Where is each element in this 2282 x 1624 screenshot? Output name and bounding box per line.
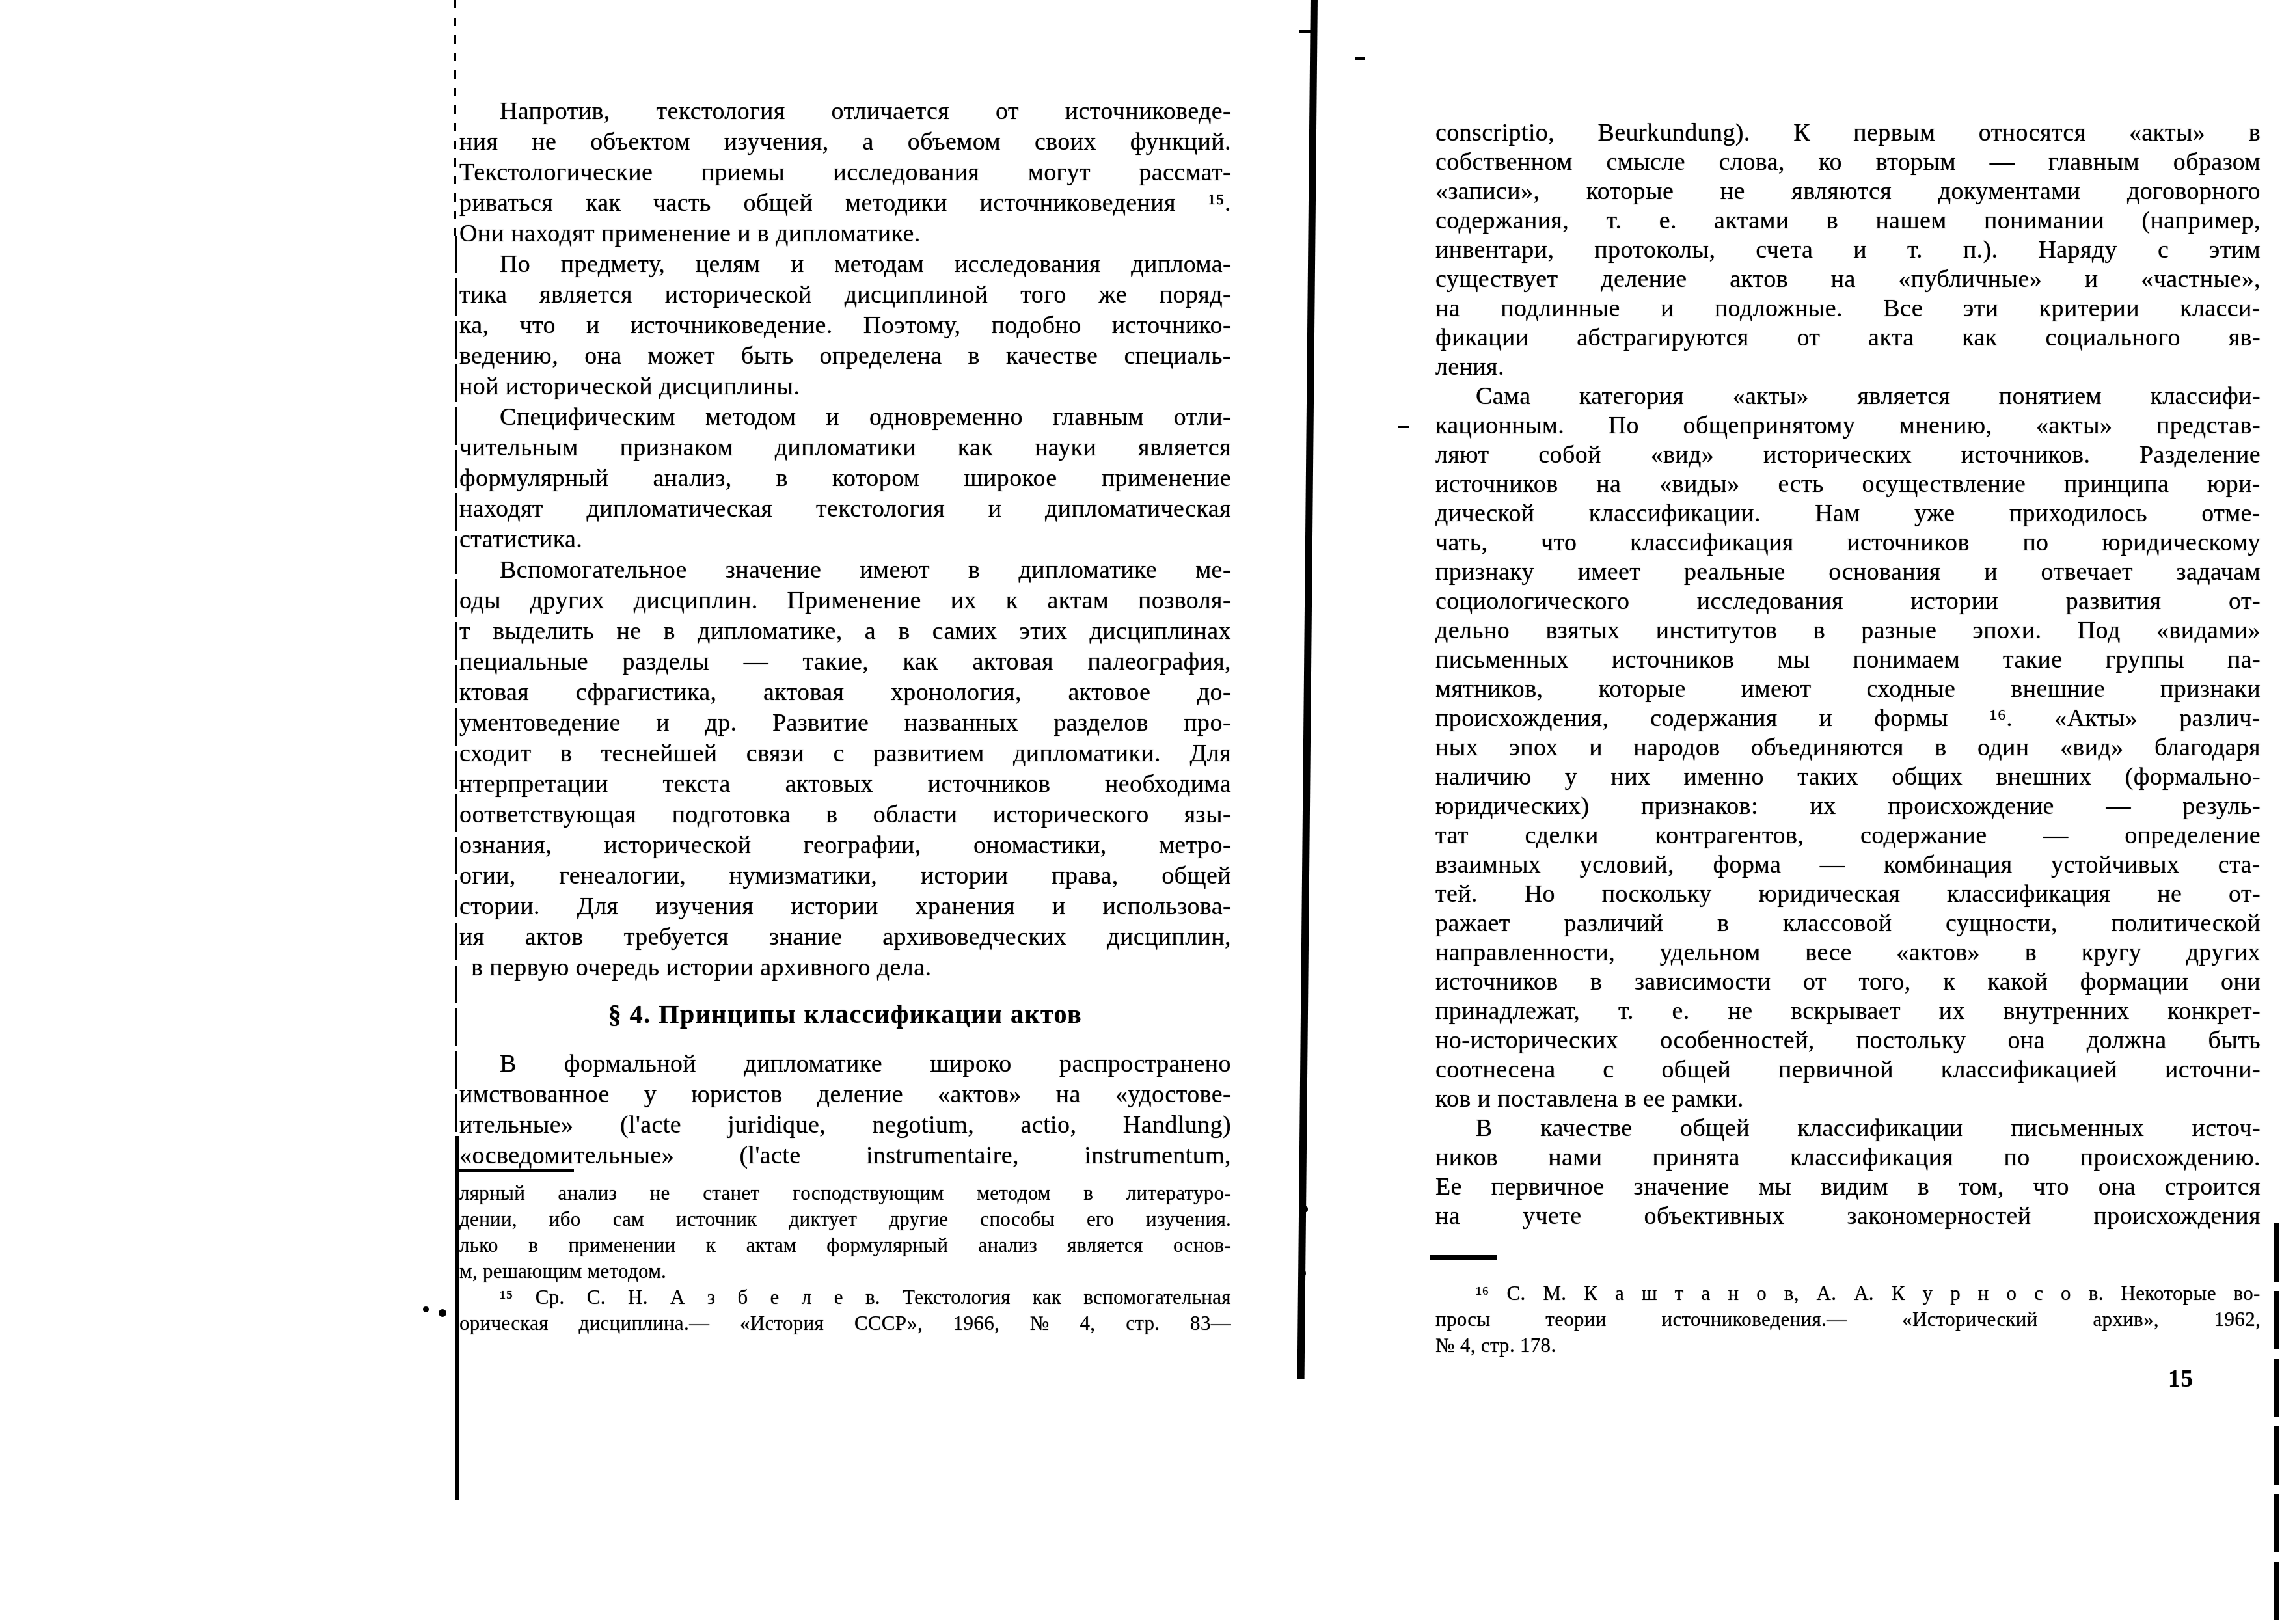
- word: взаимных: [1435, 850, 1541, 880]
- word: происхождения,: [1435, 704, 1609, 733]
- word: ибо: [549, 1206, 581, 1232]
- word: общих: [1892, 763, 1963, 792]
- word: конкрет-: [2167, 997, 2261, 1026]
- word: и: [1853, 236, 1867, 265]
- word: 1966,: [953, 1310, 999, 1336]
- text-line: сходитвтеснейшейсвязисразвитиемдипломати…: [459, 738, 1231, 769]
- word: ка,: [459, 310, 489, 341]
- word: истории: [1910, 587, 1998, 616]
- text-line: «записи»,которыенеявляютсядокументамидог…: [1435, 177, 2261, 206]
- word: генеалогии,: [559, 861, 686, 891]
- word: источников: [1847, 528, 1970, 558]
- word: «виды»: [1659, 470, 1740, 499]
- left-page-edge-line-bottom: [455, 1136, 459, 1500]
- word: изучения: [655, 891, 754, 922]
- word: а: [865, 616, 876, 647]
- word: а: [1615, 1280, 1624, 1306]
- text-line: источниковвзависимостиоттого,ккакойформа…: [1435, 968, 2261, 997]
- word: исследования: [833, 157, 979, 188]
- left-page-paragraph: Вформальнойдипломатикеширокораспростране…: [459, 1049, 1231, 1171]
- word: общей: [1680, 1114, 1750, 1143]
- text-line: инвентари,протоколы,счетаит.п.).Нарядусэ…: [1435, 236, 2261, 265]
- text-line: дическойклассификации.Намужеприходилосьо…: [1435, 499, 2261, 528]
- text-line: Вспомогательноезначениеимеютвдипломатике…: [459, 555, 1231, 586]
- word: исторической: [665, 280, 812, 310]
- word: кационным.: [1435, 411, 1564, 440]
- text-line: Еепервичноезначениемывидимвтом,чтоонастр…: [1435, 1172, 2261, 1202]
- word: п.).: [1963, 236, 1998, 265]
- word: источниковедение.: [631, 310, 833, 341]
- word: Н.: [628, 1284, 648, 1310]
- word: СССР»,: [854, 1310, 923, 1336]
- word: общепринятому: [1683, 411, 1856, 440]
- text-line: наподлинныеиподложные.Всеэтикритерииклас…: [1435, 294, 2261, 323]
- text-line: в первую очередь истории архивного дела.: [459, 953, 1231, 983]
- right-page-body-text: conscriptio,Beurkundung).Кпервымотносятс…: [1435, 118, 2261, 1231]
- word: она: [2099, 1172, 2136, 1202]
- word: ия: [459, 922, 485, 953]
- word: (l'acte: [620, 1110, 681, 1141]
- word: часть: [653, 188, 711, 219]
- word: истории: [921, 861, 1009, 891]
- word: дипломатике: [744, 1049, 882, 1079]
- word: эпох: [1509, 733, 1558, 763]
- word: объективных: [1644, 1202, 1785, 1231]
- word: Handlung): [1123, 1110, 1231, 1141]
- word: —: [2043, 821, 2068, 850]
- left-page-edge-line: [455, 236, 457, 1136]
- word: позволя-: [1138, 586, 1231, 616]
- word: разные: [1861, 616, 1936, 645]
- ink-speck: [1301, 1270, 1306, 1277]
- word: юридическая: [1758, 880, 1900, 909]
- text-line: ков и поставлена в ее рамки.: [1435, 1085, 2261, 1114]
- word: пециальные: [459, 647, 588, 677]
- word: классификация: [1790, 1143, 1953, 1172]
- word: общей: [744, 188, 813, 219]
- word: мнению,: [1899, 411, 1992, 440]
- text-line: лярныйанализнестанетгосподствующимметодо…: [459, 1180, 1231, 1206]
- word: этих: [1020, 616, 1068, 647]
- word: не: [532, 127, 556, 157]
- right-footnote-rule: [1430, 1255, 1497, 1260]
- word: ко: [1819, 148, 1842, 177]
- word: разделы: [623, 647, 710, 677]
- ink-speck: [439, 1309, 446, 1317]
- word: находят: [459, 494, 543, 524]
- word: целям: [696, 249, 761, 280]
- word: том,: [1959, 1172, 2004, 1202]
- word: категория: [1579, 382, 1684, 411]
- text-line: дельновзятыхинститутоввразныеэпохи.Под«в…: [1435, 616, 2261, 645]
- text-line: фикацииабстрагируютсяотактакаксоциальног…: [1435, 323, 2261, 353]
- word: ономастики,: [973, 830, 1107, 861]
- word: дельно: [1435, 616, 1510, 645]
- word: основ-: [1173, 1232, 1231, 1258]
- word: ументоведение: [459, 708, 621, 738]
- word: Текстология: [903, 1284, 1011, 1310]
- word: Ср.: [536, 1284, 565, 1310]
- word: в: [1083, 1180, 1093, 1206]
- word: в: [1813, 616, 1825, 645]
- word: формы: [1874, 704, 1948, 733]
- word: применение: [1102, 463, 1231, 494]
- text-line: риватьсякакчастьобщейметодикиисточникове…: [459, 188, 1231, 219]
- word: письменных: [2011, 1114, 2144, 1143]
- word: соотнесена: [1435, 1055, 1556, 1085]
- word: понимаем: [1853, 645, 1960, 675]
- word: особенностей,: [1660, 1026, 1815, 1055]
- word: мы: [1777, 645, 1810, 675]
- word: социального: [2045, 323, 2180, 353]
- text-line: существуетделениеактовна«публичные»и«час…: [1435, 265, 2261, 294]
- word: первым: [1853, 118, 1935, 148]
- word: актовых: [785, 769, 873, 800]
- text-line: оответствующаяподготовкавобластиисториче…: [459, 800, 1231, 830]
- word: от: [1803, 968, 1827, 997]
- word: ников: [1435, 1143, 1498, 1172]
- left-page-body-text: Напротив,текстологияотличаетсяотисточник…: [459, 96, 1231, 983]
- word: источник: [676, 1206, 757, 1232]
- word: классификации: [1797, 1114, 1963, 1143]
- word: тей.: [1435, 880, 1478, 909]
- text-line: ¹⁵Ср.С.Н.Азбелев.Текстологиякаквспомогат…: [459, 1284, 1231, 1310]
- word: актов: [1730, 265, 1788, 294]
- word: на: [1831, 265, 1856, 294]
- word: палеография,: [1087, 647, 1231, 677]
- word: общей: [1661, 1055, 1731, 1085]
- word: дении,: [459, 1206, 517, 1232]
- word: с: [2034, 1280, 2043, 1306]
- word: весе: [1805, 938, 1851, 968]
- word: котором: [832, 463, 919, 494]
- word: в: [968, 341, 980, 372]
- word: литературо-: [1126, 1180, 1231, 1206]
- word: instrumentum,: [1084, 1141, 1231, 1171]
- word: в.: [2089, 1280, 2104, 1306]
- left-footnote-rule: [459, 1169, 574, 1172]
- text-line: находятдипломатическаятекстологияидиплом…: [459, 494, 1231, 524]
- word: источнико-: [1112, 310, 1231, 341]
- text-line: соотнесенасобщейпервичнойклассификациейи…: [1435, 1055, 2261, 1085]
- word: специаль-: [1124, 341, 1231, 372]
- word: т.: [1618, 997, 1634, 1026]
- text-line: ка,чтоиисточниковедение.Поэтому,подобнои…: [459, 310, 1231, 341]
- word: первичной: [1778, 1055, 1894, 1085]
- word: Нам: [1815, 499, 1860, 528]
- word: от: [996, 96, 1019, 127]
- word: вспомогательная: [1083, 1284, 1231, 1310]
- word: ния: [459, 127, 498, 157]
- word: классификации.: [1589, 499, 1761, 528]
- word: «вид»: [1651, 440, 1715, 470]
- word: теории: [1545, 1306, 1606, 1333]
- word: широко: [930, 1049, 1012, 1079]
- word: архивоведческих: [882, 922, 1066, 953]
- text-line: нтерпретациитекстаактовыхисточниковнеобх…: [459, 769, 1231, 800]
- word: ме-: [1195, 555, 1231, 586]
- word: развитием: [873, 738, 985, 769]
- word: методам: [834, 249, 924, 280]
- word: осуществление: [1862, 470, 2026, 499]
- text-line: но-историческихособенностей,постолькуона…: [1435, 1026, 2261, 1055]
- word: и: [1589, 733, 1603, 763]
- word: стр.: [1126, 1310, 1160, 1336]
- word: как: [903, 647, 938, 677]
- word: объемом: [908, 127, 1001, 157]
- text-line: тей.Нопосколькуюридическаяклассификациян…: [1435, 880, 2261, 909]
- word: изучения.: [1146, 1206, 1231, 1232]
- word: р: [1950, 1280, 1961, 1306]
- word: вторым: [1876, 148, 1956, 177]
- word: «удостове-: [1115, 1079, 1231, 1110]
- word: значение: [726, 555, 821, 586]
- word: рассмат-: [1139, 157, 1231, 188]
- word: видим: [1821, 1172, 1888, 1202]
- word: их: [951, 586, 977, 616]
- text-line: стории.Дляизученияисториихраненияиисполь…: [459, 891, 1231, 922]
- word: резуль-: [2182, 792, 2261, 821]
- word: собственном: [1435, 148, 1573, 177]
- word: в: [1717, 909, 1729, 938]
- word: К: [1584, 1280, 1597, 1306]
- word: К: [1892, 1280, 1905, 1306]
- word: negotium,: [873, 1110, 975, 1141]
- text-line: татсделкиконтрагентов,содержание—определ…: [1435, 821, 2261, 850]
- word: задачам: [2177, 558, 2261, 587]
- word: «акты»: [2129, 118, 2205, 148]
- word: на: [1435, 294, 1460, 323]
- word: социологического: [1435, 587, 1629, 616]
- word: нтерпретации: [459, 769, 608, 800]
- word: контрагентов,: [1655, 821, 1804, 850]
- text-line: кационным.Пообщепринятомумнению,«акты»пр…: [1435, 411, 2261, 440]
- text-line: Вкачествеобщейклассификацииписьменныхист…: [1435, 1114, 2261, 1143]
- word: выделить: [493, 616, 594, 647]
- word: «осведомительные»: [459, 1141, 674, 1171]
- word: что: [520, 310, 556, 341]
- word: и: [656, 708, 670, 738]
- text-line: пециальныеразделы—такие,какактоваяпалеог…: [459, 647, 1231, 677]
- word: подлинные: [1501, 294, 1620, 323]
- word: юристов: [691, 1079, 782, 1110]
- word: имеют: [1741, 675, 1812, 704]
- text-line: Вформальнойдипломатикеширокораспростране…: [459, 1049, 1231, 1079]
- word: conscriptio,: [1435, 118, 1555, 148]
- word: т: [459, 616, 470, 647]
- word: па-: [2227, 645, 2261, 675]
- word: «История: [740, 1310, 824, 1336]
- word: в: [1935, 733, 1946, 763]
- word: и: [826, 402, 839, 433]
- word: происхождение: [1888, 792, 2054, 821]
- word: отме-: [2201, 499, 2261, 528]
- word: договорного: [2127, 177, 2261, 206]
- word: станет: [703, 1180, 759, 1206]
- word: лярный: [459, 1180, 525, 1206]
- word: дипломатическая: [586, 494, 772, 524]
- word: М.: [1543, 1280, 1566, 1306]
- word: внешних: [1996, 763, 2091, 792]
- word: классовой: [1783, 909, 1892, 938]
- text-line: огии,генеалогии,нумизматики,историиправа…: [459, 861, 1231, 891]
- word: различ-: [2179, 704, 2261, 733]
- word: актовое: [1068, 677, 1151, 708]
- word: о: [1756, 1280, 1767, 1306]
- word: не: [616, 616, 641, 647]
- word: в.: [865, 1284, 880, 1310]
- word: других: [530, 586, 604, 616]
- word: к: [706, 1232, 716, 1258]
- word: ¹⁵: [500, 1284, 513, 1310]
- word: дисциплинах: [1090, 616, 1231, 647]
- word: дипломатическая: [1045, 494, 1231, 524]
- word: различий: [1564, 909, 1663, 938]
- word: внешние: [2011, 675, 2105, 704]
- word: как: [1962, 323, 1997, 353]
- word: знание: [769, 922, 842, 953]
- word: дисциплиной: [845, 280, 988, 310]
- word: нами: [1548, 1143, 1602, 1172]
- text-line: чать,чтоклассификацияисточниковпоюридиче…: [1435, 528, 2261, 558]
- word: Некоторые: [2121, 1280, 2216, 1306]
- text-line: твыделитьневдипломатике,авсамихэтихдисци…: [459, 616, 1231, 647]
- word: Применение: [787, 586, 921, 616]
- word: могут: [1028, 157, 1091, 188]
- word: отличается: [832, 96, 950, 127]
- word: —: [1820, 850, 1845, 880]
- word: а: [863, 127, 874, 157]
- word: По: [1609, 411, 1639, 440]
- text-line: ления.: [1435, 353, 2261, 382]
- word: имеет: [1578, 558, 1641, 587]
- word: во-: [2234, 1280, 2261, 1306]
- word: географии,: [804, 830, 921, 861]
- word: понятием: [1999, 382, 2102, 411]
- word: они: [2221, 968, 2261, 997]
- word: подложные.: [1715, 294, 1843, 323]
- word: источни-: [2165, 1055, 2261, 1085]
- word: исторической: [604, 830, 751, 861]
- word: как: [1033, 1284, 1061, 1310]
- word: предмету,: [561, 249, 665, 280]
- word: названных: [904, 708, 1018, 738]
- word: учете: [1523, 1202, 1581, 1231]
- word: актам: [1047, 586, 1109, 616]
- word: в: [826, 800, 837, 830]
- word: требуется: [624, 922, 729, 953]
- word: счета: [1756, 236, 1813, 265]
- word: «вид»: [2060, 733, 2124, 763]
- text-line: наличиюунихименнотакихобщихвнешних(форма…: [1435, 763, 2261, 792]
- word: «частные»,: [2141, 265, 2261, 294]
- word: функций.: [1130, 127, 1231, 157]
- text-line: Попредмету,целямиметодамисследованиядипл…: [459, 249, 1231, 280]
- text-line: ¹⁶С.М.Каштанов,А.А.Курносов.Некоторыево-: [1435, 1280, 2261, 1306]
- word: признаков:: [1641, 792, 1758, 821]
- word: общей: [1161, 861, 1231, 891]
- word: стории.: [459, 891, 540, 922]
- word: «Исторический: [1902, 1306, 2037, 1333]
- text-line: тикаявляетсяисторическойдисциплинойтогож…: [459, 280, 1231, 310]
- word: формальной: [564, 1049, 696, 1079]
- word: Поэтому,: [863, 310, 961, 341]
- word: —: [1990, 148, 2015, 177]
- word: и: [1819, 704, 1833, 733]
- word: ста-: [2218, 850, 2261, 880]
- word: яв-: [2229, 323, 2261, 353]
- word: смысле: [1606, 148, 1685, 177]
- word: деление: [817, 1079, 903, 1110]
- word: не: [1728, 997, 1752, 1026]
- word: По: [500, 249, 530, 280]
- word: б: [737, 1284, 748, 1310]
- word: источников: [1435, 968, 1558, 997]
- word: классификация: [1630, 528, 1793, 558]
- word: источниковеде-: [1065, 96, 1231, 127]
- word: источниковедения: [979, 188, 1175, 219]
- word: основания: [1828, 558, 1940, 587]
- word: области: [873, 800, 958, 830]
- text-line: Специфическимметодомиодновременноглавным…: [459, 402, 1231, 433]
- text-line: источниковна«виды»естьосуществлениепринц…: [1435, 470, 2261, 499]
- word: по: [2004, 1143, 2030, 1172]
- word: Развитие: [772, 708, 869, 738]
- word: качестве: [1540, 1114, 1632, 1143]
- word: имствованное: [459, 1079, 610, 1110]
- text-line: ниянеобъектомизучения,аобъемомсвоихфункц…: [459, 127, 1231, 157]
- word: —: [2106, 792, 2130, 821]
- word: т.: [1907, 236, 1923, 265]
- word: и: [586, 310, 600, 341]
- word: Текстологические: [459, 157, 653, 188]
- word: внутренних: [2003, 997, 2129, 1026]
- word: она: [584, 341, 621, 372]
- word: поскольку: [1602, 880, 1712, 909]
- word: е: [834, 1284, 843, 1310]
- word: —: [744, 647, 768, 677]
- text-line: ражаетразличийвклассовойсущности,политич…: [1435, 909, 2261, 938]
- word: орическая: [459, 1310, 549, 1336]
- word: и: [791, 249, 804, 280]
- word: такие,: [803, 647, 869, 677]
- word: признаку: [1435, 558, 1534, 587]
- word: приходилось: [2009, 499, 2147, 528]
- word: ктовая: [459, 677, 529, 708]
- word: классификацией: [1941, 1055, 2118, 1085]
- word: содержания,: [1435, 206, 1569, 236]
- word: объектом: [590, 127, 690, 157]
- word: источников: [1612, 645, 1735, 675]
- word: зависимости: [1635, 968, 1771, 997]
- word: не: [2157, 880, 2182, 909]
- word: группы: [2105, 645, 2184, 675]
- text-line: научетеобъективныхзакономерностейпроисхо…: [1435, 1202, 2261, 1231]
- word: источниковедения.—: [1662, 1306, 1847, 1333]
- word: не: [650, 1180, 670, 1206]
- word: язы-: [1184, 800, 1231, 830]
- word: в: [1827, 206, 1838, 236]
- word: и: [988, 494, 1002, 524]
- section-heading: § 4. Принципы классификации актов: [459, 999, 1231, 1029]
- word: чительным: [459, 433, 578, 463]
- text-line: № 4, стр. 178.: [1435, 1333, 2261, 1359]
- word: формулярный: [459, 463, 608, 494]
- word: архив»,: [2093, 1306, 2159, 1333]
- text-line: м, решающим методом.: [459, 1258, 1231, 1284]
- word: таких: [1797, 763, 1858, 792]
- text-line: формулярныйанализ,вкоторомширокоепримене…: [459, 463, 1231, 494]
